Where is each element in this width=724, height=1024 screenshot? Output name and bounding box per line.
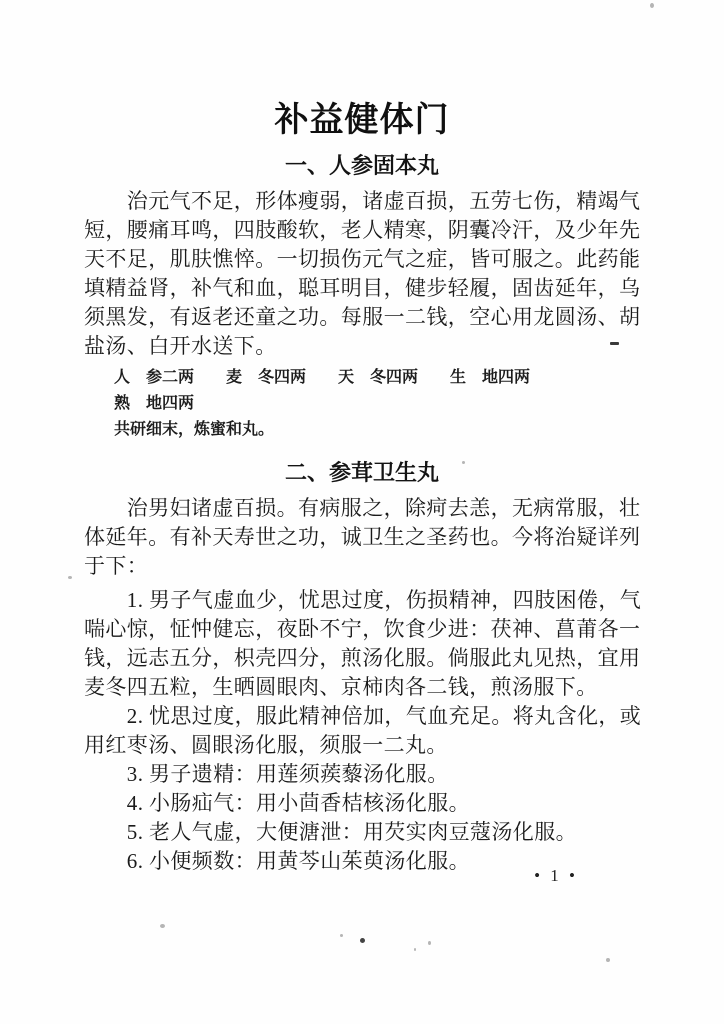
section-1-paragraph: 治元气不足，形体瘦弱，诸虚百损，五劳七伤，精竭气短，腰痛耳鸣，四肢酸软，老人精寒… xyxy=(84,187,640,361)
scan-dash xyxy=(610,342,619,345)
indication-line: 5. 老人气虚，大便溏泄：用芡实肉豆蔻汤化服。 xyxy=(84,818,640,847)
text-block: 补益健体门 一、人参固本丸 治元气不足，形体瘦弱，诸虚百损，五劳七伤，精竭气短，… xyxy=(84,98,640,876)
indications-list: 1. 男子气虚血少，忧思过度，伤损精神，四肢困倦，气喘心惊，怔忡健忘，夜卧不宁，… xyxy=(84,586,640,876)
paragraph-line: 治元气不足，形体瘦弱，诸虚百损，五劳七伤，精竭气 xyxy=(84,187,640,216)
scan-speck xyxy=(414,948,416,951)
section-2-heading: 二、参茸卫生丸 xyxy=(84,459,640,487)
scan-speck xyxy=(606,958,610,962)
indication-line: 钱，远志五分，枳壳四分，煎汤化服。倘服此丸见热，宜用 xyxy=(84,644,640,673)
scan-speck xyxy=(428,941,431,945)
paragraph-line: 治男妇诸虚百损。有病服之，除疴去恙，无病常服，壮 xyxy=(84,494,640,523)
paragraph-line: 须黑发，有返老还童之功。每服一二钱，空心用龙圆汤、胡 xyxy=(84,303,640,332)
section-1-heading: 一、人参固本丸 xyxy=(84,152,640,180)
scan-speck xyxy=(650,3,654,8)
paragraph-line: 盐汤、白开水送下。 xyxy=(84,332,640,361)
scan-speck xyxy=(68,576,72,579)
scan-speck xyxy=(160,924,165,928)
page-number: • 1 • xyxy=(534,866,578,886)
indication-line: 用红枣汤、圆眼汤化服，须服一二丸。 xyxy=(84,731,640,760)
section-2-paragraph: 治男妇诸虚百损。有病服之，除疴去恙，无病常服，壮体延年。有补天寿世之功，诚卫生之… xyxy=(84,494,640,581)
indication-line: 喘心惊，怔忡健忘，夜卧不宁，饮食少进：茯神、菖莆各一 xyxy=(84,615,640,644)
indication-line: 麦冬四五粒，生晒圆眼肉、京柿肉各二钱，煎汤服下。 xyxy=(84,673,640,702)
ingredients-list: 人 参二两 麦 冬四两 天 冬四两 生 地四两熟 地四两 xyxy=(114,365,640,417)
page-title: 补益健体门 xyxy=(84,98,640,142)
indication-line: 1. 男子气虚血少，忧思过度，伤损精神，四肢困倦，气 xyxy=(84,586,640,615)
scan-speck xyxy=(360,938,365,943)
indication-line: 2. 忧思过度，服此精神倍加，气血充足。将丸含化，或 xyxy=(84,702,640,731)
paragraph-line: 填精益肾，补气和血，聪耳明目，健步轻履，固齿延年，乌 xyxy=(84,274,640,303)
paragraph-line: 短，腰痛耳鸣，四肢酸软，老人精寒，阴囊冷汗，及少年先 xyxy=(84,216,640,245)
ingredient-line: 熟 地四两 xyxy=(114,391,640,417)
indication-line: 4. 小肠疝气：用小茴香桔核汤化服。 xyxy=(84,789,640,818)
ingredient-line: 人 参二两 麦 冬四两 天 冬四两 生 地四两 xyxy=(114,365,640,391)
paragraph-line: 于下： xyxy=(84,552,640,581)
preparation-note: 共研细末，炼蜜和丸。 xyxy=(114,417,640,443)
paragraph-line: 天不足，肌肤憔悴。一切损伤元气之症，皆可服之。此药能 xyxy=(84,245,640,274)
scanned-book-page: 补益健体门 一、人参固本丸 治元气不足，形体瘦弱，诸虚百损，五劳七伤，精竭气短，… xyxy=(0,0,724,1024)
scan-speck xyxy=(340,934,343,937)
scan-speck xyxy=(462,461,465,464)
paragraph-line: 体延年。有补天寿世之功，诚卫生之圣药也。今将治疑详列 xyxy=(84,523,640,552)
indication-line: 3. 男子遗精：用莲须蒺藜汤化服。 xyxy=(84,760,640,789)
